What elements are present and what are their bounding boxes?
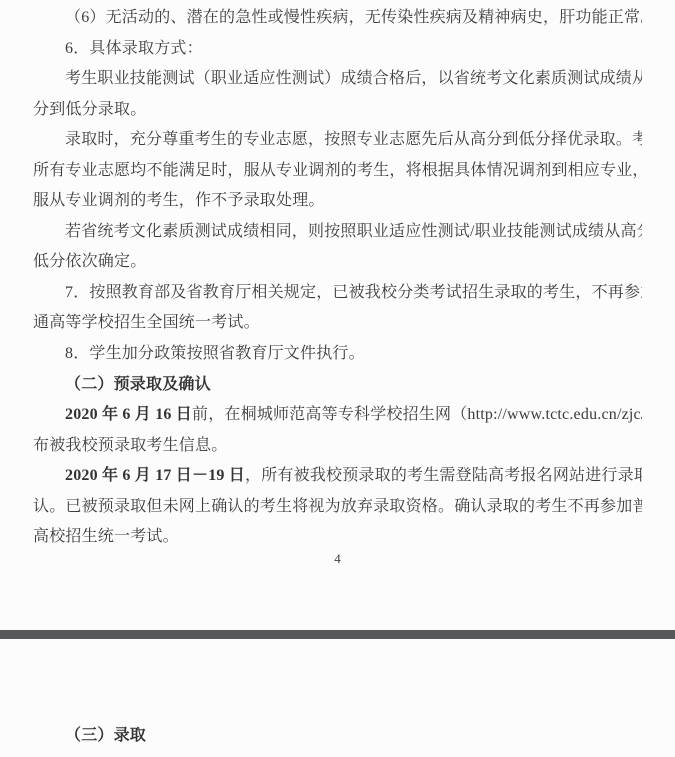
text-line: （二）预录取及确认 (33, 370, 642, 401)
text-line: 所有专业志愿均不能满足时，服从专业调剂的考生，将根据具体情况调剂到相应专业，不 (33, 156, 642, 187)
text-line: 录取时，充分尊重考生的专业志愿，按照专业志愿先后从高分到低分择优录取。考生 (33, 125, 642, 156)
text-line: 认。已被预录取但未网上确认的考生将视为放弃录取资格。确认录取的考生不再参加普通 (33, 492, 642, 523)
page-5: （三）录取 (0, 639, 675, 757)
line-text: 前，在桐城师范高等专科学校招生网（http://www.tctc.edu.cn/… (192, 406, 642, 423)
text-line: 8．学生加分政策按照省教育厅文件执行。 (33, 339, 642, 370)
bold-date-text: 2020 年 6 月 16 日 (65, 406, 192, 423)
text-line: 2020 年 6 月 17 日－19 日，所有被我校预录取的考生需登陆高考报名网… (33, 461, 642, 492)
page-4: （6）无活动的、潜在的急性或慢性疾病，无传染性疾病及精神病史，肝功能正常。6．具… (0, 0, 675, 630)
text-line: 布被我校预录取考生信息。 (33, 431, 642, 462)
text-line: 若省统考文化素质测试成绩相同，则按照职业适应性测试/职业技能测试成绩从高分到 (33, 217, 642, 248)
bold-date-text: 2020 年 6 月 17 日－19 日 (65, 467, 245, 484)
text-line: 低分依次确定。 (33, 247, 642, 278)
text-line: （6）无活动的、潜在的急性或慢性疾病，无传染性疾病及精神病史，肝功能正常。 (33, 3, 642, 34)
section-heading: （三）录取 (33, 721, 642, 751)
page-4-text-block: （6）无活动的、潜在的急性或慢性疾病，无传染性疾病及精神病史，肝功能正常。6．具… (33, 3, 642, 553)
document-page-view: （6）无活动的、潜在的急性或慢性疾病，无传染性疾病及精神病史，肝功能正常。6．具… (0, 0, 675, 757)
text-line: 6．具体录取方式： (33, 34, 642, 65)
text-line: 服从专业调剂的考生，作不予录取处理。 (33, 186, 642, 217)
page-break-divider (0, 630, 675, 639)
text-line: 7．按照教育部及省教育厅相关规定，已被我校分类考试招生录取的考生，不再参加普 (33, 278, 642, 309)
text-line: 考生职业技能测试（职业适应性测试）成绩合格后，以省统考文化素质测试成绩从高 (33, 64, 642, 95)
line-text: ，所有被我校预录取的考生需登陆高考报名网站进行录取确 (245, 467, 642, 484)
text-line: 分到低分录取。 (33, 95, 642, 126)
text-line: 通高等学校招生全国统一考试。 (33, 308, 642, 339)
text-line: 2020 年 6 月 16 日前，在桐城师范高等专科学校招生网（http://w… (33, 400, 642, 431)
